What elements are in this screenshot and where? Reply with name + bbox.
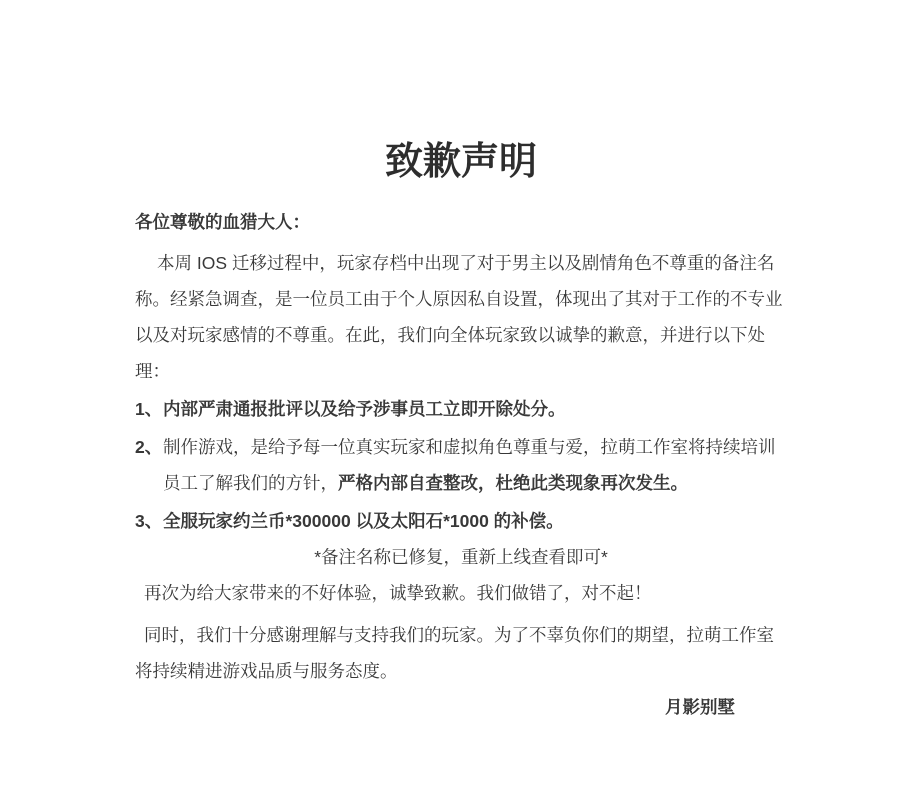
- list-item-1-marker: 1、: [135, 391, 163, 427]
- list-item-2-text: 制作游戏，是给予每一位真实玩家和虚拟角色尊重与爱，拉萌工作室将持续培训员工了解我…: [163, 429, 787, 501]
- list-item-1: 1、 内部严肃通报批评以及给予涉事员工立即开除处分。: [135, 391, 787, 427]
- list-item-2-marker: 2、: [135, 429, 163, 501]
- closing-paragraph-apology: 再次为给大家带来的不好体验，诚挚致歉。我们做错了，对不起！: [135, 575, 787, 611]
- list-item-3: 3、 全服玩家约兰币*300000 以及太阳石*1000 的补偿。: [135, 503, 787, 539]
- list-item-3-text: 全服玩家约兰币*300000 以及太阳石*1000 的补偿。: [163, 503, 787, 539]
- repair-note: *备注名称已修复，重新上线查看即可*: [135, 539, 787, 575]
- list-item-2-bold-text: 严格内部自查整改，杜绝此类现象再次发生。: [338, 473, 688, 493]
- list-item-1-text: 内部严肃通报批评以及给予涉事员工立即开除处分。: [163, 391, 787, 427]
- apology-statement-document: 致歉声明 各位尊敬的血猎大人： 本周 IOS 迁移过程中，玩家存档中出现了对于男…: [0, 0, 913, 800]
- list-item-1-bold-text: 内部严肃通报批评以及给予涉事员工立即开除处分。: [163, 399, 566, 419]
- signature: 月影别墅: [135, 689, 787, 725]
- page-title: 致歉声明: [135, 136, 787, 188]
- list-item-3-marker: 3、: [135, 503, 163, 539]
- salutation: 各位尊敬的血猎大人：: [135, 204, 787, 240]
- closing-paragraph-thanks: 同时，我们十分感谢理解与支持我们的玩家。为了不辜负你们的期望，拉萌工作室将持续精…: [135, 617, 787, 689]
- list-item-2: 2、 制作游戏，是给予每一位真实玩家和虚拟角色尊重与爱，拉萌工作室将持续培训员工…: [135, 429, 787, 501]
- intro-paragraph: 本周 IOS 迁移过程中，玩家存档中出现了对于男主以及剧情角色不尊重的备注名称。…: [135, 245, 787, 389]
- list-item-3-bold-text: 全服玩家约兰币*300000 以及太阳石*1000 的补偿。: [163, 511, 564, 531]
